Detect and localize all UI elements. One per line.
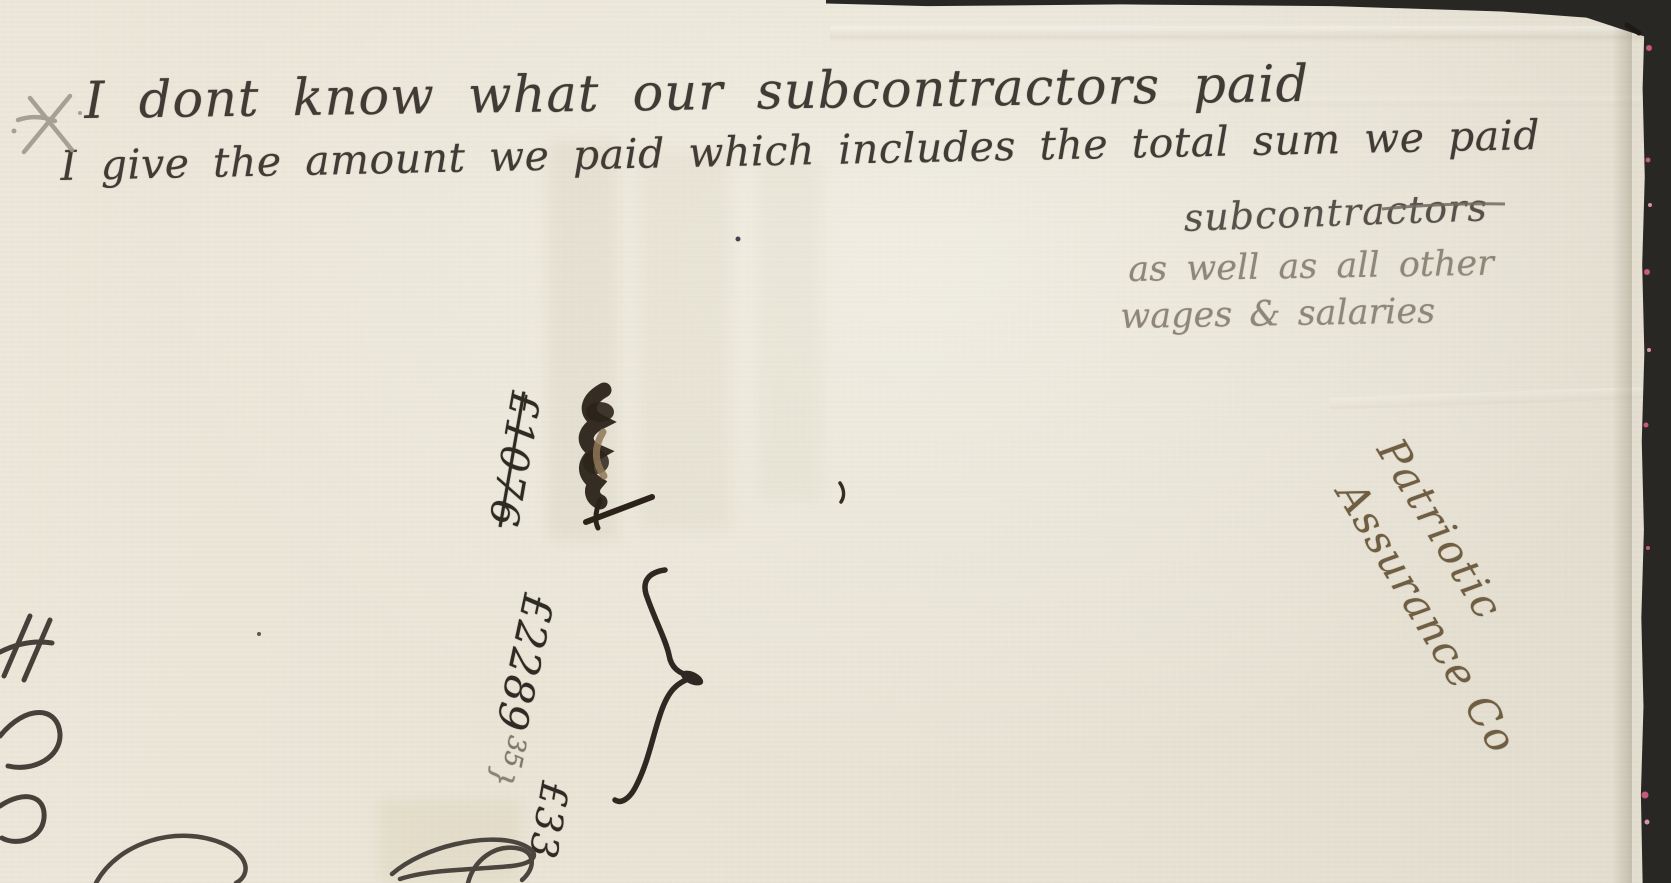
scanned-document: I dont know what our subcontractors paid… — [0, 0, 1671, 883]
main-amount-superscript: 35 — [497, 733, 532, 770]
handwritten-line-5: wages & salaries — [1120, 292, 1435, 337]
handwritten-line-4: as well as all other — [1128, 244, 1494, 290]
